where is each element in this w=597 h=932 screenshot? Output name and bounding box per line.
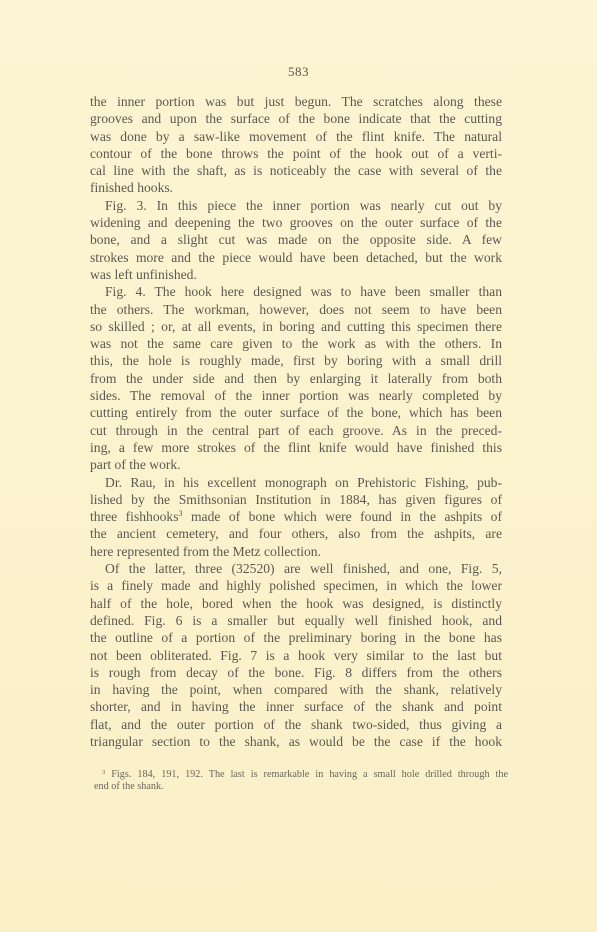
text-line: from the under side and then by enlargin…: [90, 370, 502, 387]
text-line: this, the hole is roughly made, first by…: [90, 352, 502, 369]
text-line: Fig. 3. In this piece the inner portion …: [90, 197, 502, 214]
text-line: the outline of a portion of the prelimin…: [90, 629, 502, 646]
text-line: flat, and the outer portion of the shank…: [90, 716, 502, 733]
footnote-marker: 3: [102, 769, 105, 776]
footnote-text: Figs. 184, 191, 192. The last is remarka…: [111, 769, 508, 780]
text-line: shorter, and in having the inner surface…: [90, 698, 502, 715]
text-line: widening and deepening the two grooves o…: [90, 214, 502, 231]
footnote-line: end of the shank.: [94, 781, 508, 793]
paragraph-fig-3: Fig. 3. In this piece the inner portion …: [90, 197, 502, 283]
paragraph-fig-4: Fig. 4. The hook here designed was to ha…: [90, 283, 502, 473]
text-line: strokes more and the piece would have be…: [90, 249, 502, 266]
paragraph-dr-rau: Dr. Rau, in his excellent monograph on P…: [90, 474, 502, 560]
text-line: part of the work.: [90, 456, 502, 473]
body-text: the inner portion was but just begun. Th…: [90, 93, 502, 750]
text-line: cut through in the central part of each …: [90, 422, 502, 439]
text-line: finished hooks.: [90, 179, 502, 196]
text-line: cal line with the shaft, as is noticeabl…: [90, 162, 502, 179]
text-line: sides. The removal of the inner portion …: [90, 387, 502, 404]
text-line: bone, and a slight cut was made on the o…: [90, 231, 502, 248]
text-line: defined. Fig. 6 is a smaller but equally…: [90, 612, 502, 629]
footnote-line: 3 Figs. 184, 191, 192. The last is remar…: [94, 769, 508, 781]
text-line: cutting entirely from the outer surface …: [90, 404, 502, 421]
text-line: the ancient cemetery, and four others, a…: [90, 525, 502, 542]
text-line: Dr. Rau, in his excellent monograph on P…: [90, 474, 502, 491]
text-line: so skilled ; or, at all events, in borin…: [90, 318, 502, 335]
document-page: 583 the inner portion was but just begun…: [0, 0, 597, 932]
text-line: was left unfinished.: [90, 266, 502, 283]
text-line: contour of the bone throws the point of …: [90, 145, 502, 162]
text-line: here represented from the Metz collectio…: [90, 543, 502, 560]
footnote: 3 Figs. 184, 191, 192. The last is remar…: [94, 769, 508, 793]
text-line: lished by the Smithsonian Institution in…: [90, 491, 502, 508]
text-fragment: made of bone which were found in the ash…: [183, 509, 502, 524]
text-line: is a finely made and highly polished spe…: [90, 577, 502, 594]
paragraph-continuation: the inner portion was but just begun. Th…: [90, 93, 502, 197]
paragraph-of-the-latter: Of the latter, three (32520) are well fi…: [90, 560, 502, 750]
page-number: 583: [0, 64, 597, 80]
text-line: the inner portion was but just begun. Th…: [90, 93, 502, 110]
text-line: triangular section to the shank, as woul…: [90, 733, 502, 750]
text-line: half of the hole, bored when the hook wa…: [90, 595, 502, 612]
text-line: was not the same care given to the work …: [90, 335, 502, 352]
text-line: ing, a few more strokes of the flint kni…: [90, 439, 502, 456]
text-line-with-footnote: three fishhooks3 made of bone which were…: [90, 508, 502, 525]
text-line: in having the point, when compared with …: [90, 681, 502, 698]
text-line: grooves and upon the surface of the bone…: [90, 110, 502, 127]
text-line: not been obliterated. Fig. 7 is a hook v…: [90, 647, 502, 664]
text-line: Fig. 4. The hook here designed was to ha…: [90, 283, 502, 300]
text-line: was done by a saw-like movement of the f…: [90, 128, 502, 145]
text-fragment: three fishhooks: [90, 509, 179, 524]
text-line: the others. The workman, however, does n…: [90, 301, 502, 318]
text-line: Of the latter, three (32520) are well fi…: [90, 560, 502, 577]
text-line: is rough from decay of the bone. Fig. 8 …: [90, 664, 502, 681]
